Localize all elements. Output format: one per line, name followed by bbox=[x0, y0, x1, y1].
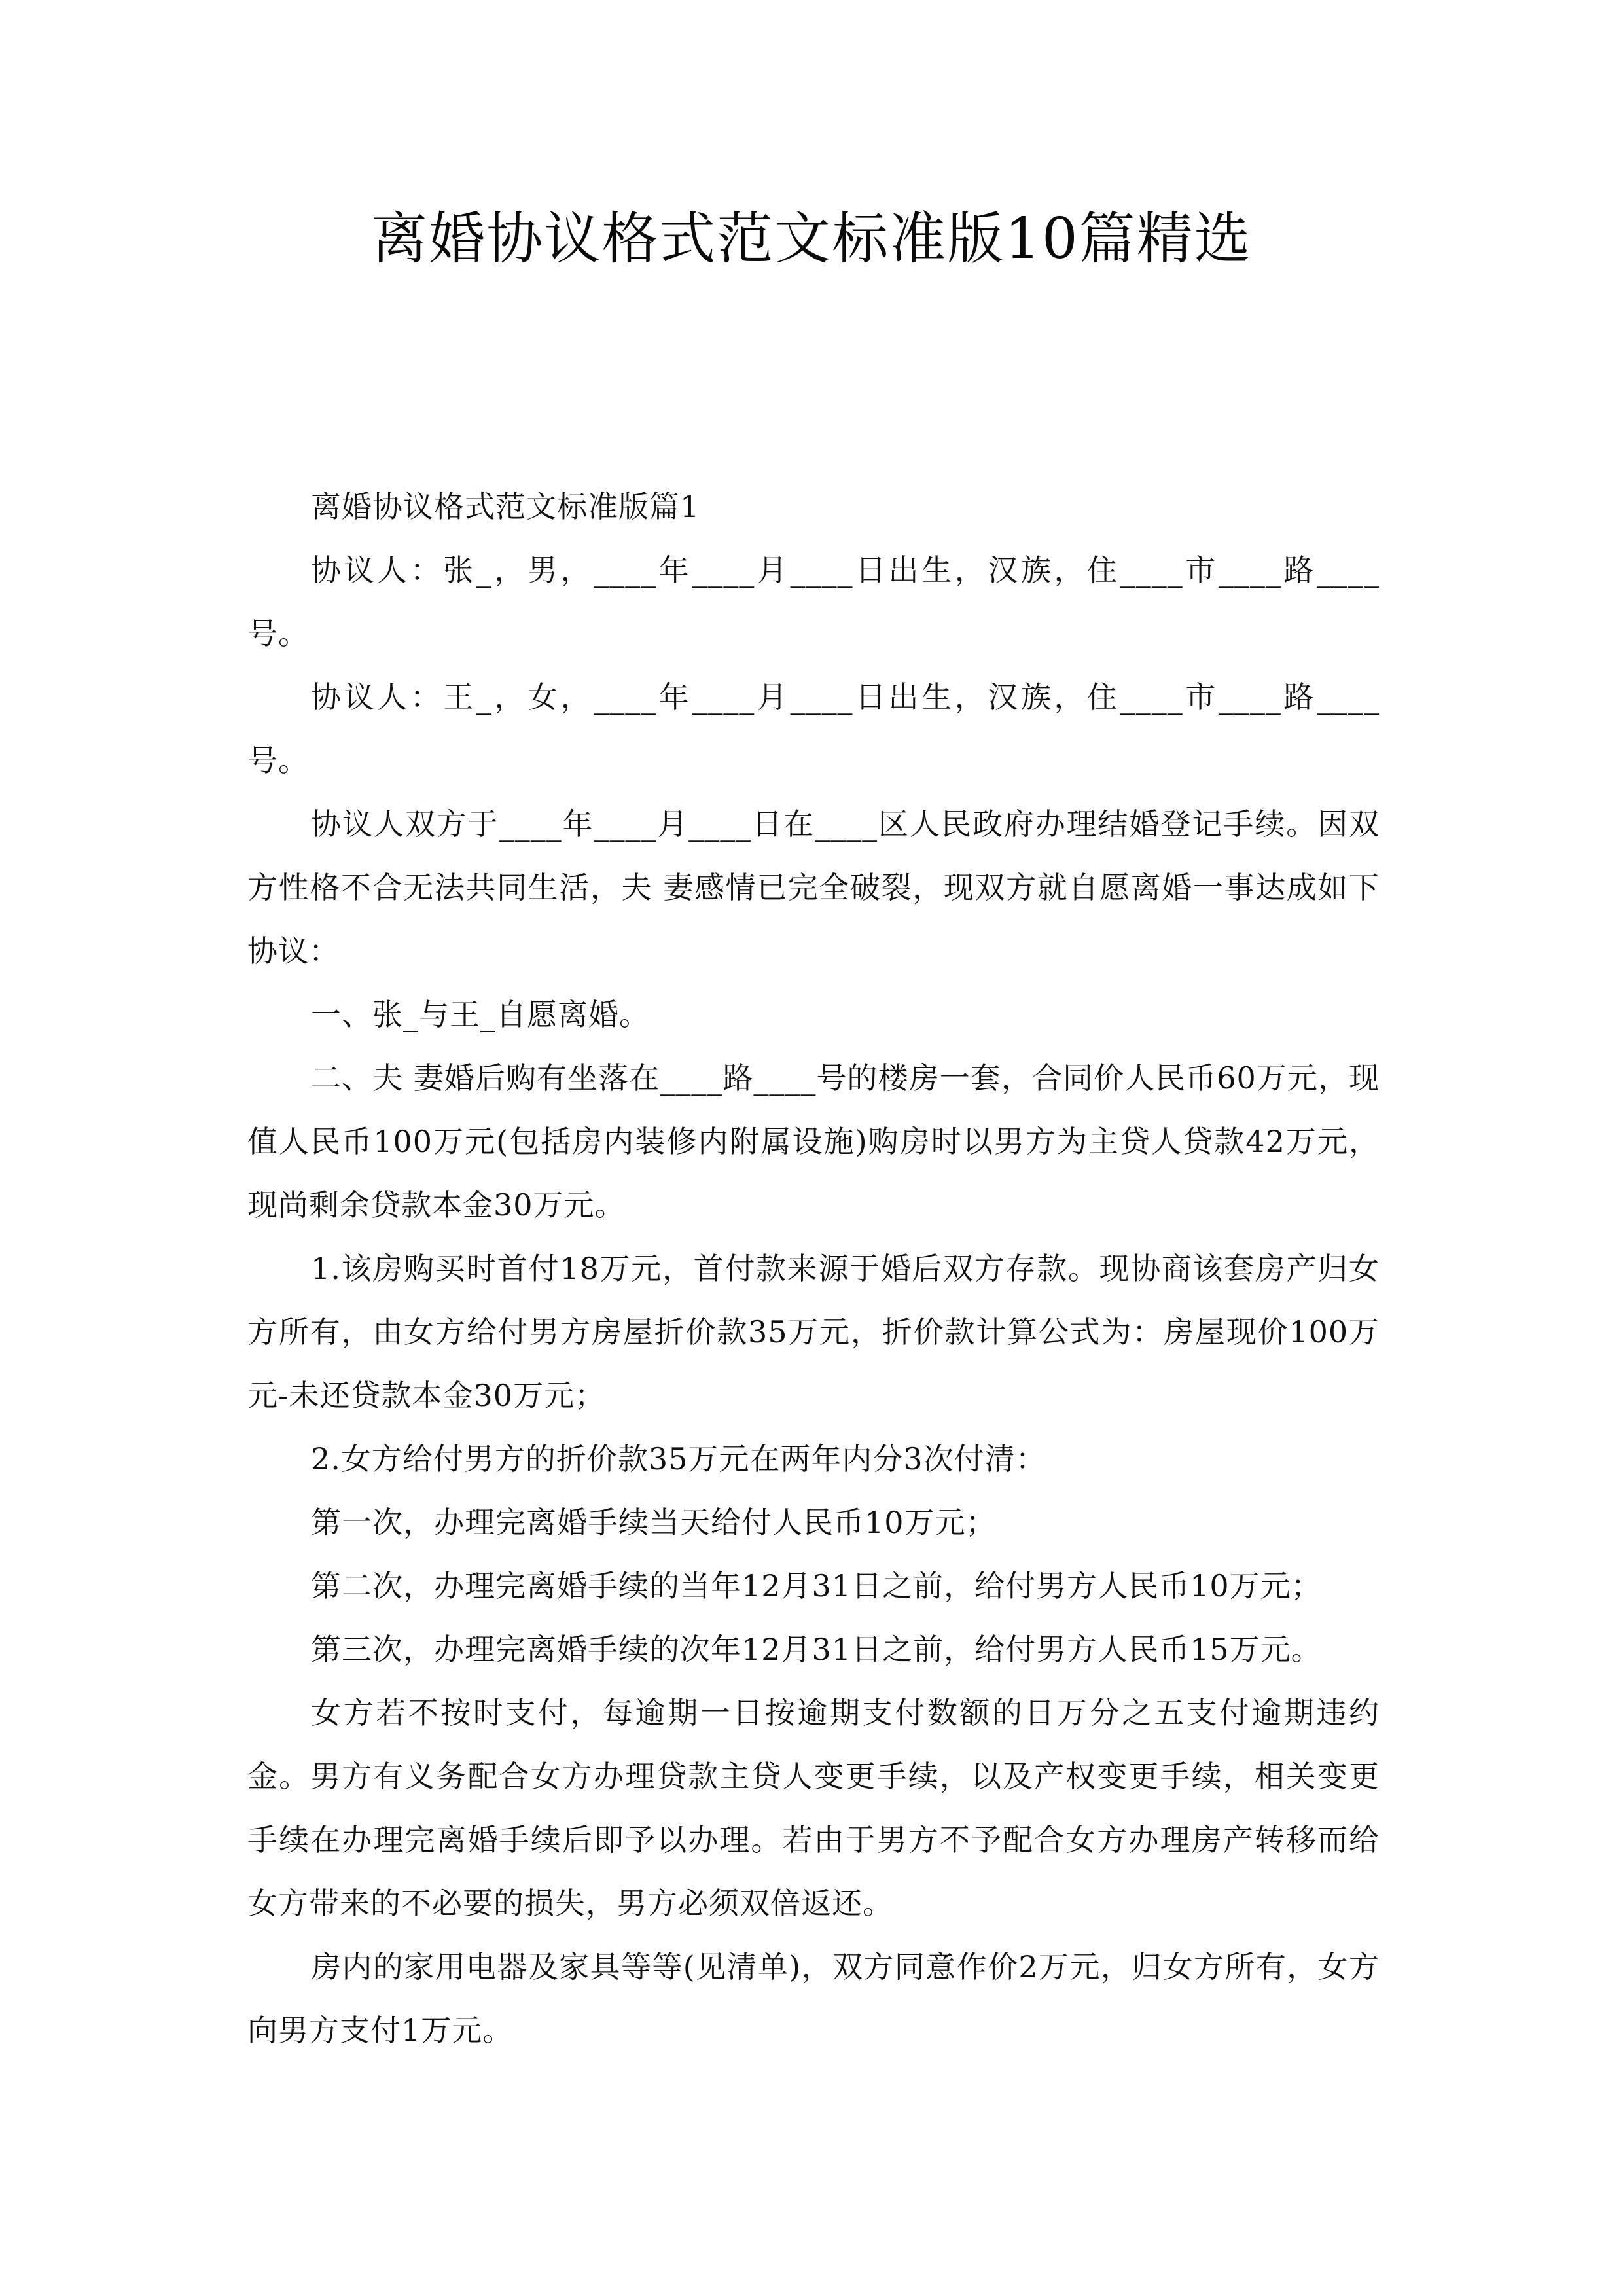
party-male-paragraph: 协议人：张_，男，____年____月____日出生，汉族，住____市____… bbox=[247, 539, 1380, 666]
payment-second: 第二次，办理完离婚手续的当年12月31日之前，给付男方人民币10万元； bbox=[247, 1554, 1380, 1618]
clause-2-item-2: 2.女方给付男方的折价款35万元在两年内分3次付清： bbox=[247, 1427, 1380, 1491]
document-body: 离婚协议格式范文标准版篇1 协议人：张_，男，____年____月____日出生… bbox=[247, 475, 1380, 2062]
payment-first: 第一次，办理完离婚手续当天给付人民币10万元； bbox=[247, 1491, 1380, 1554]
clause-1-voluntary-divorce: 一、张_与王_自愿离婚。 bbox=[247, 983, 1380, 1047]
section-heading: 离婚协议格式范文标准版篇1 bbox=[247, 475, 1380, 539]
clause-2-item-1: 1.该房购买时首付18万元，首付款来源于婚后双方存款。现协商该套房产归女方所有，… bbox=[247, 1237, 1380, 1427]
late-payment-paragraph: 女方若不按时支付，每逾期一日按逾期支付数额的日万分之五支付逾期违约金。男方有义务… bbox=[247, 1681, 1380, 1935]
document-title: 离婚协议格式范文标准版10篇精选 bbox=[0, 203, 1623, 275]
document-page: 离婚协议格式范文标准版10篇精选 离婚协议格式范文标准版篇1 协议人：张_，男，… bbox=[0, 0, 1623, 2296]
payment-third: 第三次，办理完离婚手续的次年12月31日之前，给付男方人民币15万元。 bbox=[247, 1618, 1380, 1681]
marriage-background-paragraph: 协议人双方于____年____月____日在____区人民政府办理结婚登记手续。… bbox=[247, 793, 1380, 983]
clause-2-property: 二、夫 妻婚后购有坐落在____路____号的楼房一套，合同价人民币60万元，现… bbox=[247, 1047, 1380, 1237]
furniture-appliances-paragraph: 房内的家用电器及家具等等(见清单)，双方同意作价2万元，归女方所有，女方向男方支… bbox=[247, 1935, 1380, 2062]
party-female-paragraph: 协议人：王_，女，____年____月____日出生，汉族，住____市____… bbox=[247, 666, 1380, 793]
